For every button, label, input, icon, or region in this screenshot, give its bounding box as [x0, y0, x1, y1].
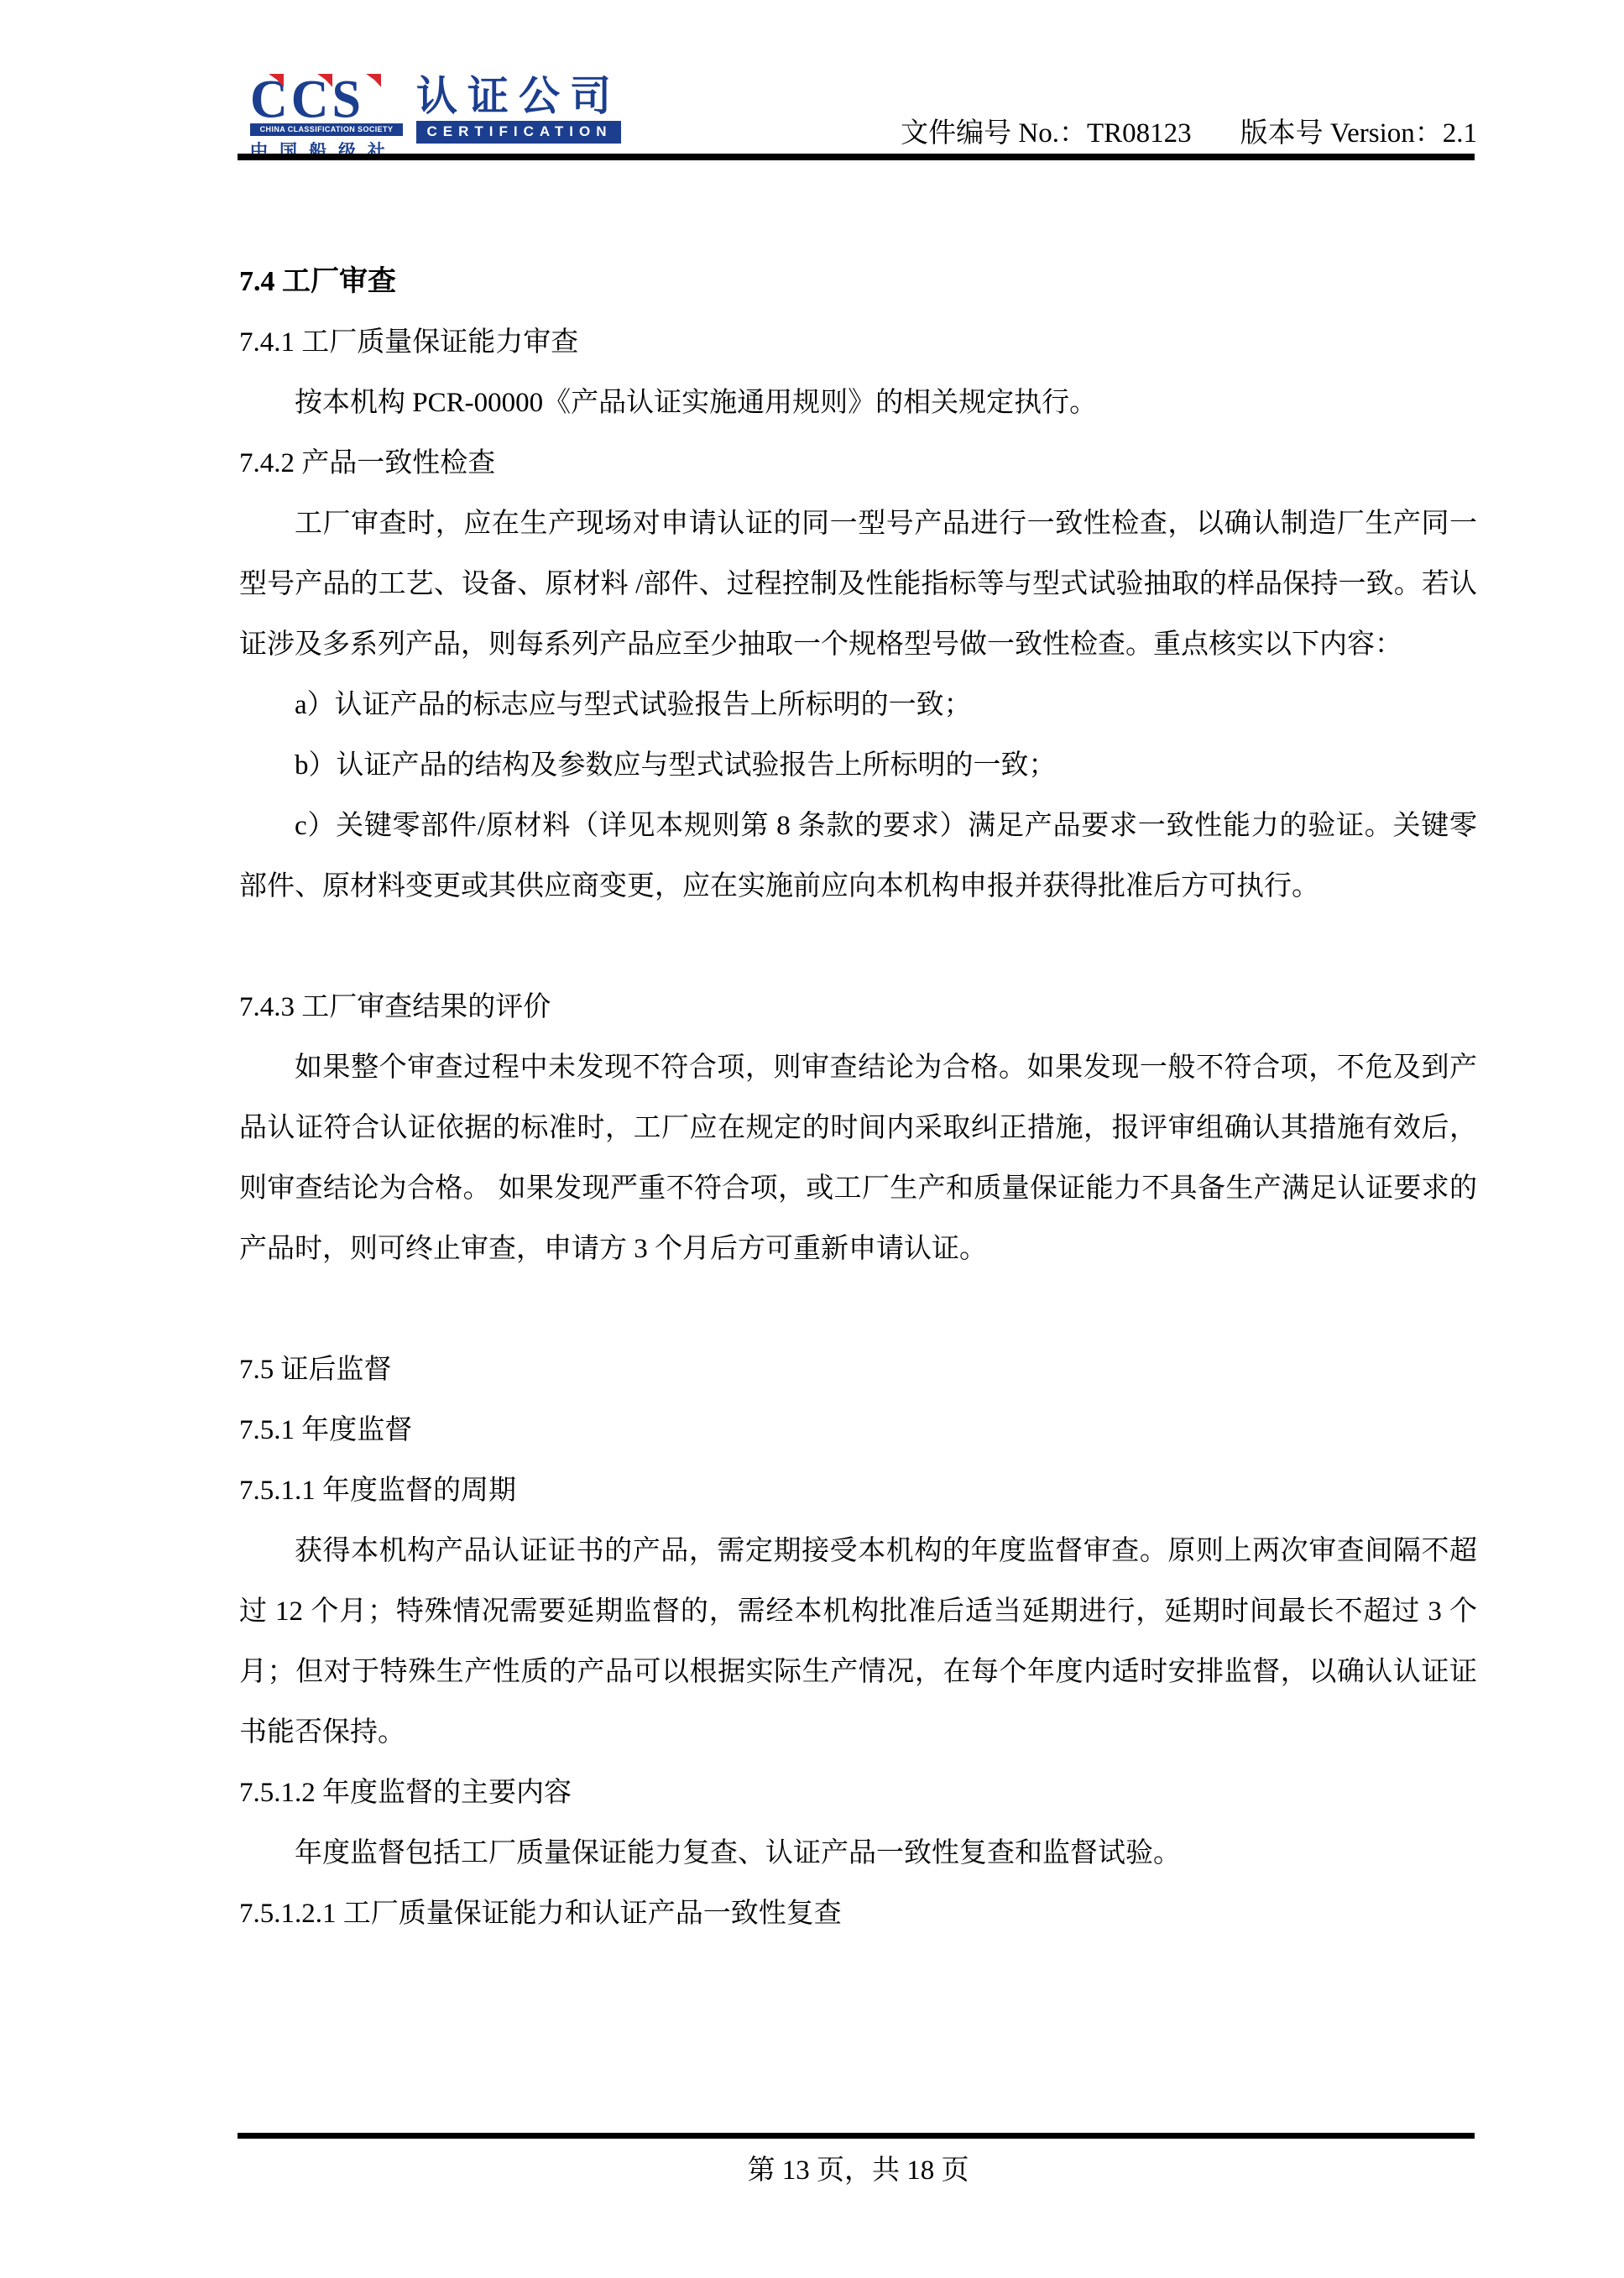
document-body: 7.4 工厂审查7.4.1 工厂质量保证能力审查按本机构 PCR-00000《产…: [239, 252, 1477, 1944]
section-heading: 7.5 证后监督: [239, 1340, 1477, 1400]
ccs-red-accent-icon: [366, 74, 381, 87]
logo-company-name: 认证公司: [416, 76, 621, 118]
logo-certification-label: CERTIFICATION: [416, 121, 621, 144]
section-heading: 7.4.2 产品一致性检查: [239, 433, 1477, 494]
ccs-letters-text: CCS: [250, 70, 364, 129]
section-heading: 7.5.1.1 年度监督的周期: [239, 1460, 1477, 1521]
section-heading: 7.4.3 工厂审查结果的评价: [239, 977, 1477, 1037]
version-label: 版本号 Version：: [1240, 118, 1443, 149]
paragraph-spacer: [239, 1279, 1477, 1340]
doc-number-label: 文件编号 No.：: [901, 118, 1087, 149]
document-meta: 文件编号 No.：TR08123版本号 Version：2.1: [901, 111, 1477, 150]
section-heading: 7.4 工厂审查: [239, 252, 1477, 312]
page-number: 第 13 页，共 18 页: [239, 2145, 1477, 2196]
paragraph: b）认证产品的结构及参数应与型式试验报告上所标明的一致；: [239, 735, 1477, 796]
paragraph: c）关键零部件/原材料（详见本规则第 8 条款的要求）满足产品要求一致性能力的验…: [239, 796, 1477, 917]
ccs-logo-icon: CCS: [250, 76, 403, 123]
section-heading: 7.5.1 年度监督: [239, 1400, 1477, 1460]
paragraph-spacer: [239, 917, 1477, 977]
section-heading: 7.4.1 工厂质量保证能力审查: [239, 312, 1477, 373]
header-divider: [238, 154, 1475, 160]
document-page: CCS CHINA CLASSIFICATION SOCIETY 中国船级社 认…: [0, 0, 1624, 2278]
doc-number-value: TR08123: [1087, 118, 1192, 149]
footer-divider: [238, 2133, 1475, 2139]
ccs-logo-left: CCS CHINA CLASSIFICATION SOCIETY 中国船级社: [250, 76, 403, 163]
paragraph: 按本机构 PCR-00000《产品认证实施通用规则》的相关规定执行。: [239, 373, 1477, 433]
version-value: 2.1: [1443, 118, 1477, 149]
page-header: CCS CHINA CLASSIFICATION SOCIETY 中国船级社 认…: [250, 76, 1477, 163]
section-heading: 7.5.1.2.1 工厂质量保证能力和认证产品一致性复查: [239, 1884, 1477, 1944]
paragraph: 获得本机构产品认证证书的产品，需定期接受本机构的年度监督审查。原则上两次审查间隔…: [239, 1521, 1477, 1763]
paragraph: 如果整个审查过程中未发现不符合项，则审查结论为合格。如果发现一般不符合项，不危及…: [239, 1037, 1477, 1279]
paragraph: 工厂审查时，应在生产现场对申请认证的同一型号产品进行一致性检查，以确认制造厂生产…: [239, 494, 1477, 675]
section-heading: 7.5.1.2 年度监督的主要内容: [239, 1763, 1477, 1823]
paragraph: a）认证产品的标志应与型式试验报告上所标明的一致；: [239, 675, 1477, 735]
ccs-logo-right: 认证公司 CERTIFICATION: [416, 76, 621, 144]
paragraph: 年度监督包括工厂质量保证能力复查、认证产品一致性复查和监督试验。: [239, 1823, 1477, 1884]
